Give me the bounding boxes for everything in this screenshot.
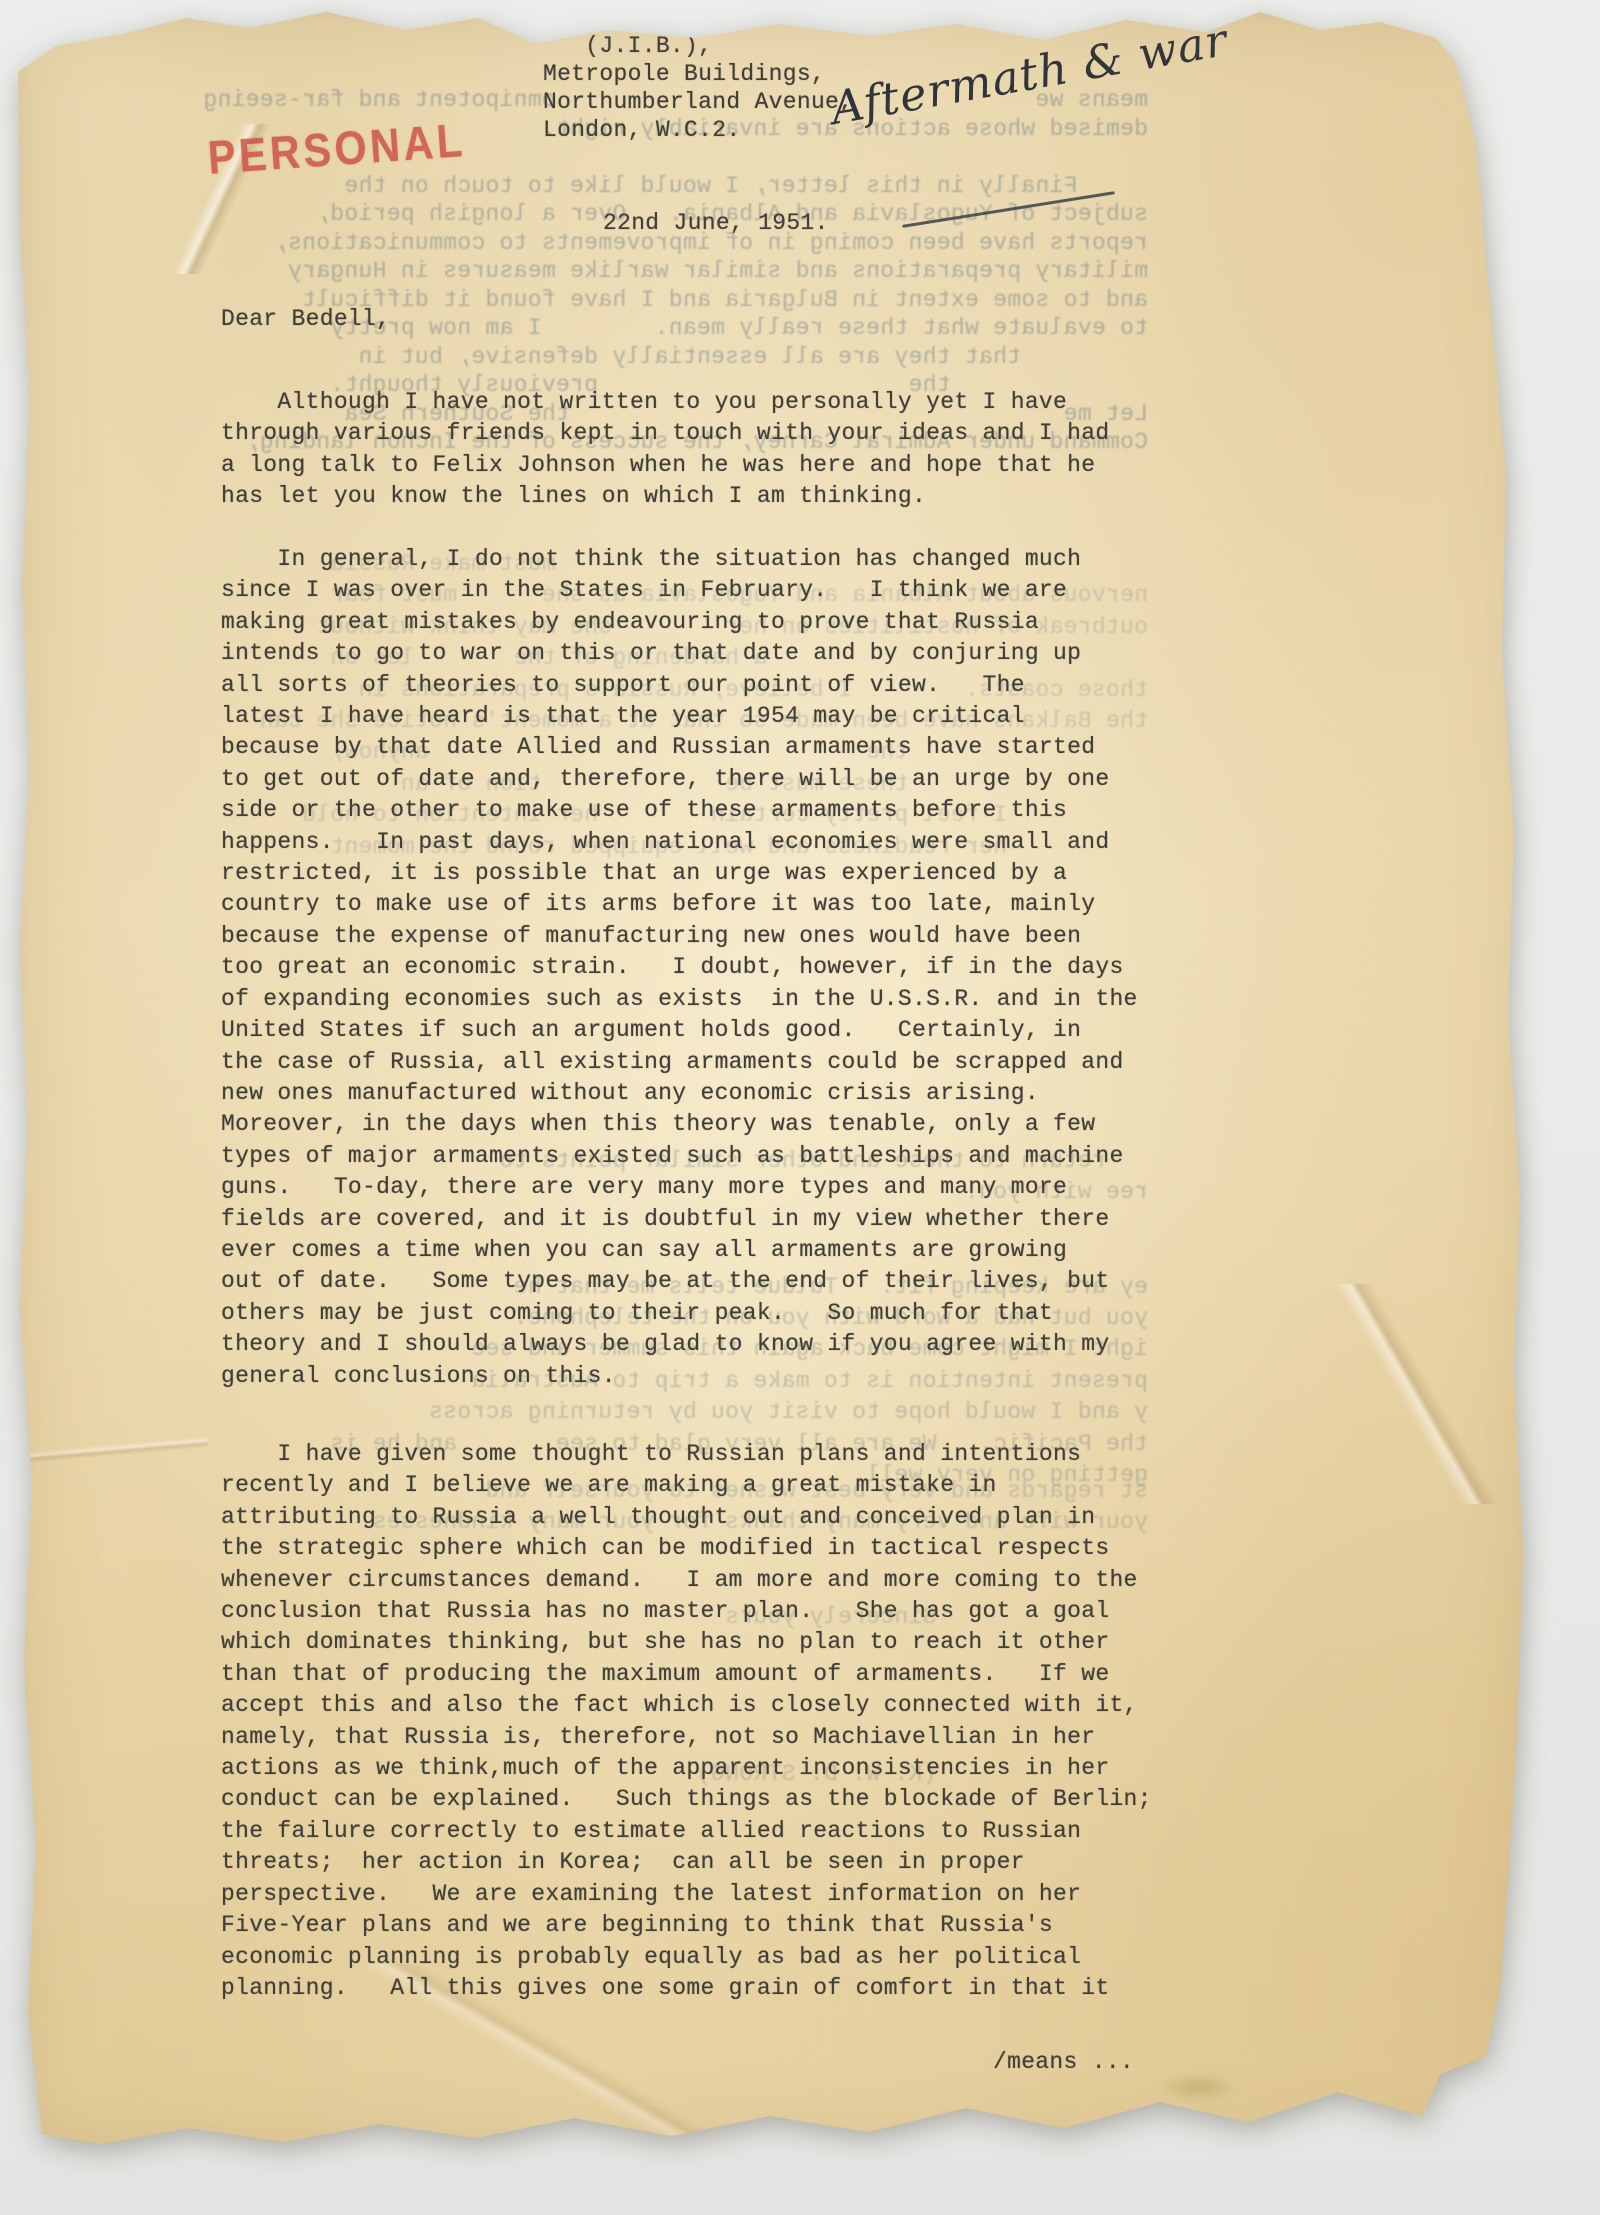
paper-shadow: means we omnipotent and far-seeing demis… (0, 0, 1600, 2215)
scan-background: means we omnipotent and far-seeing demis… (0, 0, 1600, 2215)
letter-paper: means we omnipotent and far-seeing demis… (8, 4, 1540, 2164)
paragraph-3: I have given some thought to Russian pla… (221, 1439, 1152, 2004)
paragraph-1: Although I have not written to you perso… (221, 387, 1109, 513)
letter-date: 22nd June, 1951. (603, 208, 829, 239)
paper-crease (8, 1404, 208, 1494)
personal-stamp: PERSONAL (206, 112, 467, 185)
paper-crease (1288, 1284, 1538, 1504)
paragraph-2: In general, I do not think the situation… (221, 544, 1138, 1392)
salutation: Dear Bedell, (221, 304, 390, 335)
sender-address: (J.I.B.), Metropole Buildings, Northumbe… (543, 32, 853, 144)
paper-stain (1158, 2072, 1238, 2102)
continuation-mark: /means ... (993, 2047, 1134, 2078)
handwritten-annotation: Aftermath & war (827, 13, 1232, 135)
annotation-underline (902, 191, 1115, 228)
